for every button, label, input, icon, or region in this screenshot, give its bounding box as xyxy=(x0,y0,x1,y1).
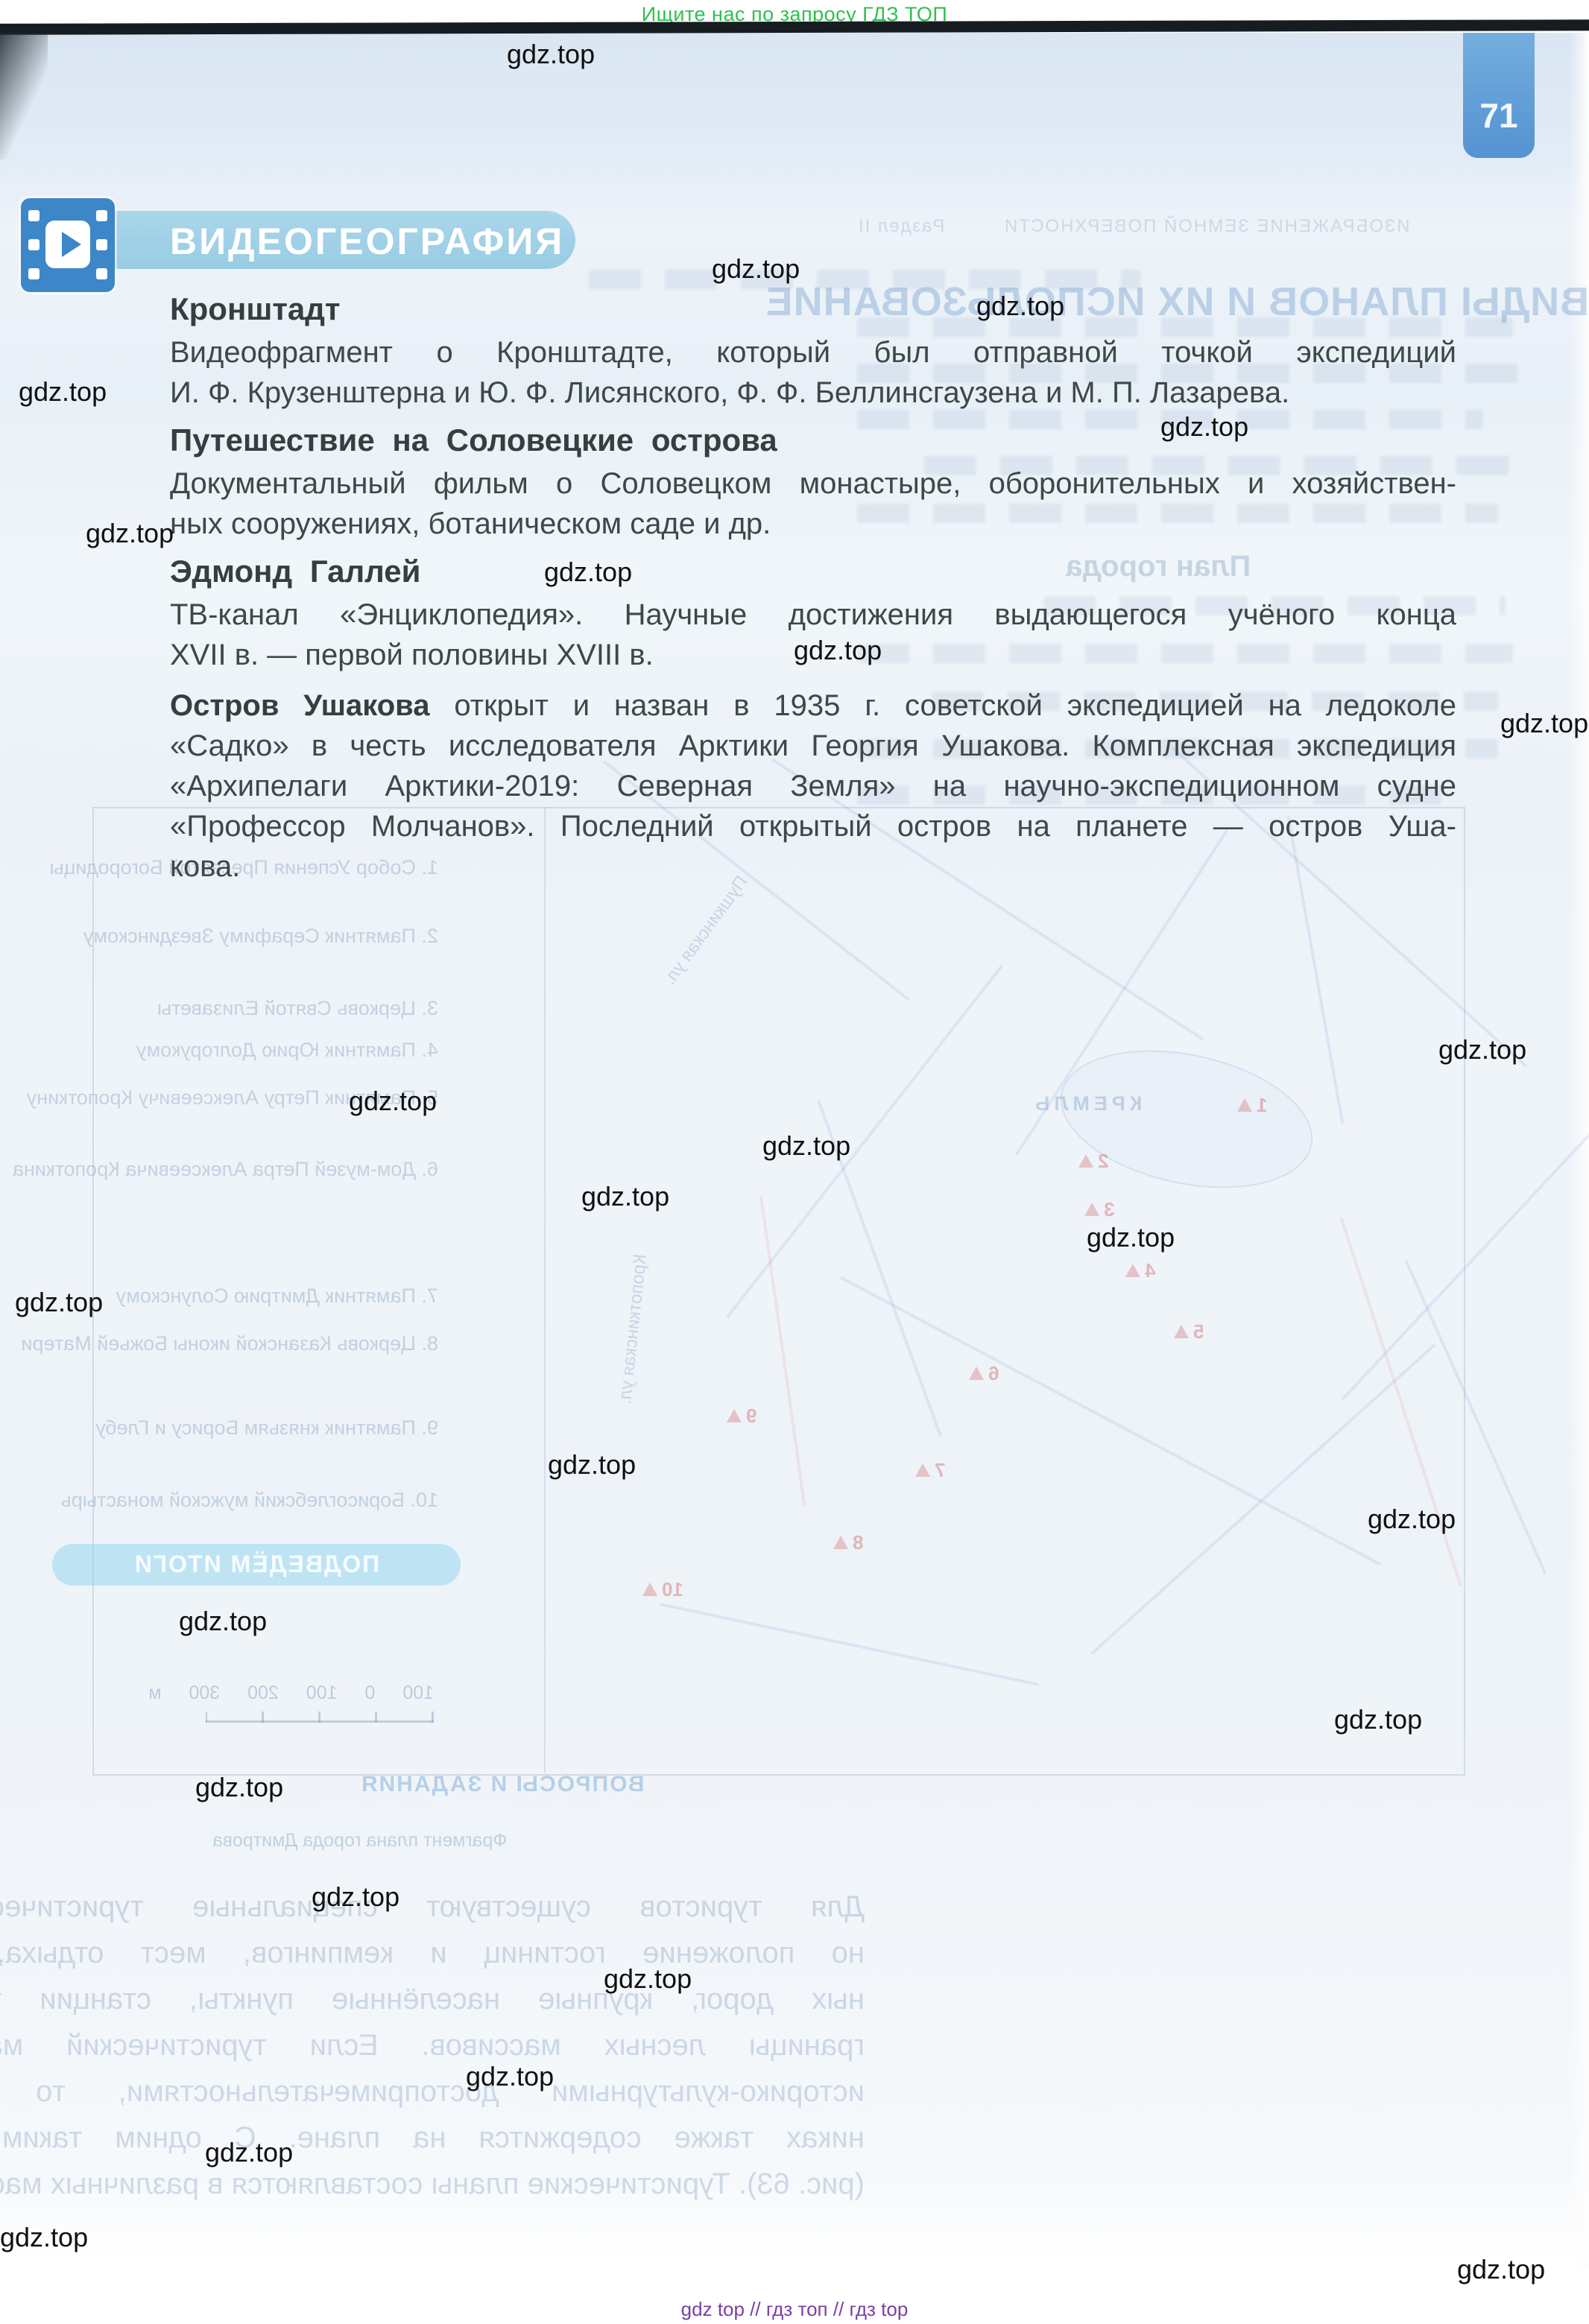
gdz-watermark: gdz.top xyxy=(1438,1034,1526,1066)
gdz-watermark: gdz.top xyxy=(762,1130,850,1162)
section-title: Путешествие на Соловецкие острова xyxy=(170,423,1456,457)
bleed-text-line: ных дорог, крупные населённые пункты, ст… xyxy=(0,1976,865,2022)
text-line: Документальный фильм о Соловецком монаст… xyxy=(170,463,1456,504)
gdz-watermark: gdz.top xyxy=(1087,1222,1175,1253)
map-marker: 3 xyxy=(1084,1198,1126,1220)
gdz-watermark: gdz.top xyxy=(15,1287,103,1318)
gdz-watermark: gdz.top xyxy=(1334,1704,1422,1735)
video-sections: КронштадтВидеофрагмент о Кронштадте, кот… xyxy=(170,292,1456,897)
bleed-questions-banner: ВОПРОСЫ И ЗАДАНИЯ xyxy=(360,1772,644,1797)
bleed-chapter-title: ИЗОБРАЖЕНИЕ ЗЕМНОЙ ПОВЕРХНОСТИ xyxy=(1003,216,1409,236)
bleed-part-label: Раздел II xyxy=(857,216,944,236)
bleed-scale-bar: 100 0 100 200 300 м xyxy=(127,1682,434,1723)
gdz-watermark: gdz.top xyxy=(195,1772,283,1803)
gdz-watermark: gdz.top xyxy=(86,518,174,549)
bleed-text-line: границы лесных массивов. Если туристичес… xyxy=(0,2022,865,2068)
legend-item: 8. Церковь Казанской иконы Божьей Матери xyxy=(6,1332,438,1356)
scan-corner-shadow xyxy=(0,33,48,159)
text-line: Остров Ушакова открыт и назван в 1935 г.… xyxy=(170,686,1456,726)
text-line: ных сооружениях, ботаническом саде и др. xyxy=(170,504,1456,544)
gdz-watermark: gdz.top xyxy=(548,1449,636,1481)
bleed-text-line: но положение гостиниц и кемпингов, мест … xyxy=(0,1930,865,1976)
section-paragraph: Документальный фильм о Соловецком монаст… xyxy=(170,463,1456,544)
section-title: Эдмонд Галлей xyxy=(170,554,1456,589)
legend-item: 6. Дом-музей Петра Алексеевича Кропоткин… xyxy=(6,1157,438,1182)
play-icon xyxy=(45,221,90,268)
legend-item: 4. Памятник Юрию Долгорукому xyxy=(6,1038,438,1063)
section-title: Кронштадт xyxy=(170,292,1456,326)
gdz-watermark: gdz.top xyxy=(19,376,107,408)
map-marker: 7 xyxy=(915,1459,957,1481)
gdz-watermark: gdz.top xyxy=(544,557,632,588)
gdz-watermark: gdz.top xyxy=(1160,411,1248,443)
gdz-watermark: gdz.top xyxy=(1457,2254,1545,2285)
videogeography-label: ВИДЕОГЕОГРАФИЯ xyxy=(170,220,564,263)
section-paragraph: Остров Ушакова открыт и назван в 1935 г.… xyxy=(170,686,1456,887)
gdz-watermark: gdz.top xyxy=(794,635,882,666)
bleed-text-line: Для туристов существуют специальные тури… xyxy=(0,1884,865,1930)
text-line: И. Ф. Крузенштерна и Ю. Ф. Лисянского, Ф… xyxy=(170,373,1456,413)
legend-item: 3. Церковь Святой Елизаветы xyxy=(6,996,438,1021)
text-line: кова. xyxy=(170,846,1456,887)
bleed-map-legend: 1. Собор Успения Пресвятой Богородицы2. … xyxy=(6,807,438,1552)
gdz-watermark: gdz.top xyxy=(976,291,1064,322)
gdz-watermark: gdz.top xyxy=(312,1881,399,1913)
gdz-watermark: gdz.top xyxy=(1500,708,1588,739)
bleed-results-banner: ПОДВЕДЁМ ИТОГИ xyxy=(52,1544,461,1586)
bleed-scale-ruler xyxy=(206,1712,434,1723)
map-marker: 1 xyxy=(1237,1094,1279,1116)
bleed-scale-numbers: 100 0 100 200 300 м xyxy=(127,1682,434,1704)
map-marker: 2 xyxy=(1078,1150,1120,1172)
bleed-results-banner-label: ПОДВЕДЁМ ИТОГИ xyxy=(52,1551,461,1578)
bleed-text-line: никах также содержится на плане. С одним… xyxy=(0,2115,865,2161)
footer-watermark: gdz top // гдз топ // гдз top xyxy=(0,2298,1589,2321)
gdz-watermark: gdz.top xyxy=(581,1181,669,1212)
gdz-watermark: gdz.top xyxy=(712,253,800,285)
bleed-text-line: историко-культурными достопримечательнос… xyxy=(0,2068,865,2115)
map-marker: 4 xyxy=(1125,1259,1167,1282)
map-marker: 8 xyxy=(833,1531,875,1554)
map-marker: 5 xyxy=(1174,1320,1216,1343)
section-paragraph: Видеофрагмент о Кронштадте, который был … xyxy=(170,332,1456,413)
map-marker: 6 xyxy=(969,1362,1011,1384)
text-line: «Архипелаги Арктики-2019: Северная Земля… xyxy=(170,766,1456,806)
bleed-kremlin-label: КРЕМЛЬ xyxy=(1031,1092,1142,1115)
text-line: «Профессор Молчанов». Последний открытый… xyxy=(170,806,1456,846)
gdz-watermark: gdz.top xyxy=(349,1086,437,1117)
gdz-watermark: gdz.top xyxy=(466,2061,554,2092)
bleed-text-line: (рис. 63). Туристические планы составляю… xyxy=(0,2161,865,2207)
scanned-textbook-page: { "top_banner": {"text": "Ищите нас по з… xyxy=(0,0,1589,2324)
map-marker: 10 xyxy=(642,1578,684,1600)
gdz-watermark: gdz.top xyxy=(205,2137,293,2168)
legend-item: 10. Борисоглебский мужской монастырь xyxy=(6,1488,438,1513)
bleed-map-divider xyxy=(544,807,546,1773)
map-marker: 9 xyxy=(727,1405,768,1427)
video-film-icon xyxy=(21,198,115,292)
page-number: 71 xyxy=(1463,95,1535,136)
legend-item: 2. Памятник Серафиму Звездинскому xyxy=(6,924,438,949)
text-line: ТВ-канал «Энциклопедия». Научные достиже… xyxy=(170,595,1456,635)
gdz-watermark: gdz.top xyxy=(0,2222,88,2253)
gdz-watermark: gdz.top xyxy=(604,1963,692,1995)
gdz-watermark: gdz.top xyxy=(507,39,595,70)
page-number-tab: 71 xyxy=(1463,33,1535,158)
bleed-bottom-paragraph: Для туристов существуют специальные тури… xyxy=(0,1884,865,2207)
text-line: «Садко» в честь исследователя Арктики Ге… xyxy=(170,726,1456,766)
bleed-chapter-header: ИЗОБРАЖЕНИЕ ЗЕМНОЙ ПОВЕРХНОСТИ Раздел II xyxy=(857,216,1409,237)
bleed-figure-caption: Фрагмент плана города Дмитрова xyxy=(212,1830,507,1852)
text-line: Видеофрагмент о Кронштадте, который был … xyxy=(170,332,1456,373)
gdz-watermark: gdz.top xyxy=(1368,1504,1456,1535)
gdz-watermark: gdz.top xyxy=(179,1606,267,1637)
legend-item: 9. Памятник князьям Борису и Глебу xyxy=(6,1416,438,1440)
